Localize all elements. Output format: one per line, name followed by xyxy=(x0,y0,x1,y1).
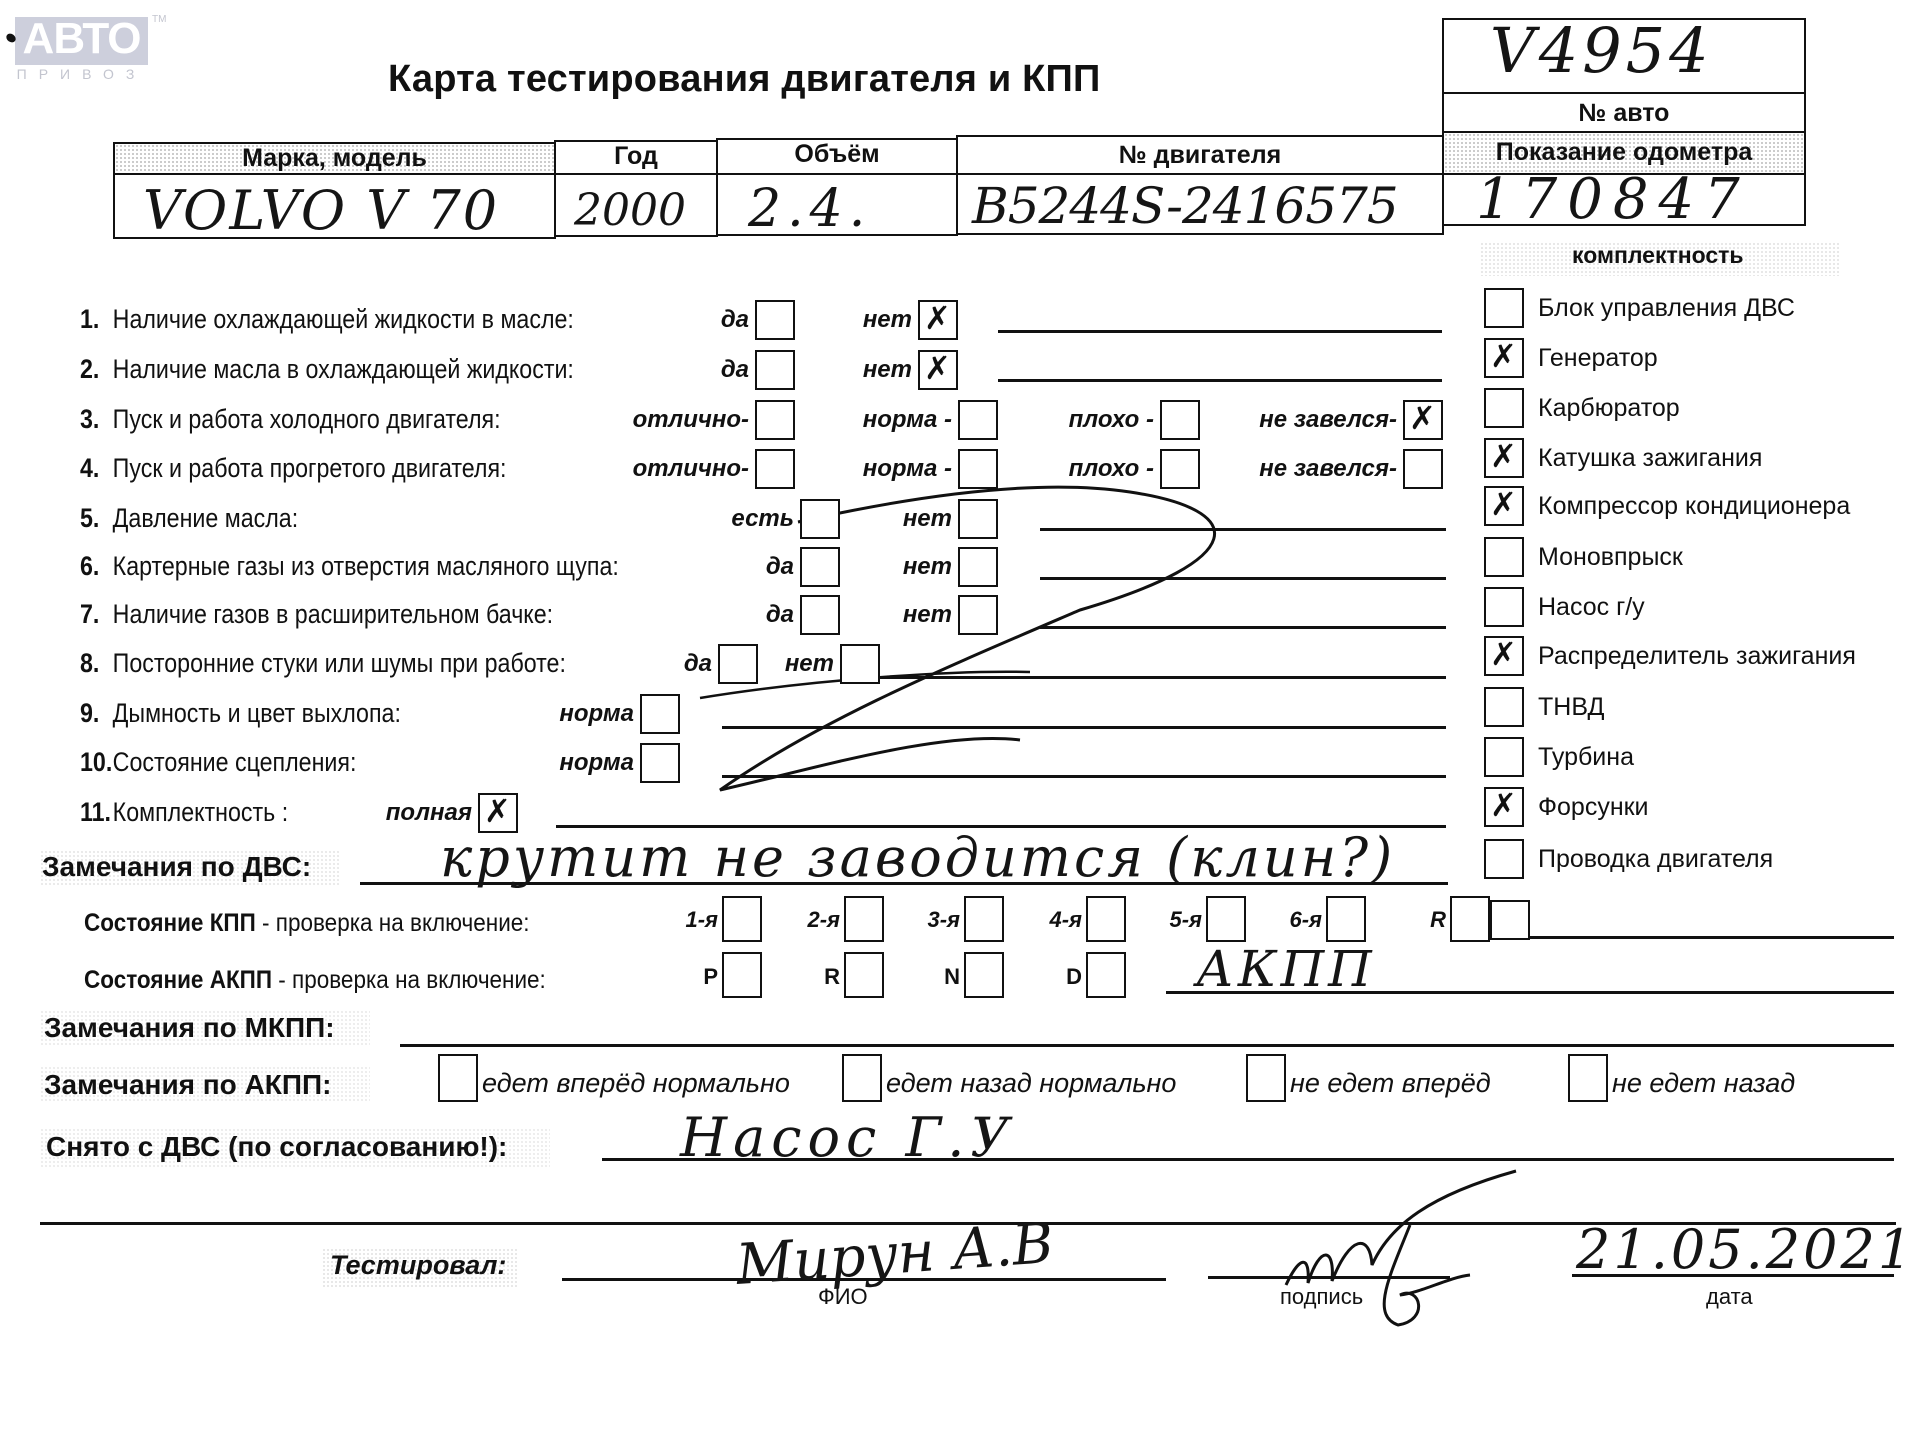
question-5-option-checkbox[interactable] xyxy=(800,499,840,539)
question-3-option-label: плохо - xyxy=(1055,406,1154,434)
auto-remark-checkbox[interactable] xyxy=(1568,1054,1608,1102)
gear-checkbox[interactable] xyxy=(1450,896,1490,942)
question-2-option-label: нет xyxy=(840,356,912,384)
engine-remarks-label: Замечания по ДВС: xyxy=(42,851,311,883)
engine-number-header: № двигателя xyxy=(956,135,1444,175)
gear-label: 4-я xyxy=(1040,907,1082,933)
odometer-cell[interactable]: 170847 xyxy=(1442,173,1806,226)
question-8-option-label: нет xyxy=(758,650,834,678)
extra-checkbox[interactable] xyxy=(1490,900,1530,940)
question-8-option-label: да xyxy=(660,650,712,678)
auto-gearbox-note[interactable]: АКПП xyxy=(1196,940,1376,998)
question-5-option-label: есть xyxy=(695,505,794,533)
question-text: Картерные газы из отверстия масляного щу… xyxy=(113,551,619,581)
gear-label: 1-я xyxy=(676,907,718,933)
question-6-option-checkbox[interactable] xyxy=(958,547,998,587)
question-number: 3. xyxy=(80,404,113,435)
engine-remarks-value[interactable]: крутит не заводится (клин?) xyxy=(440,826,1395,889)
gear-checkbox[interactable] xyxy=(1326,896,1366,942)
completeness-item-label: Проводка двигателя xyxy=(1538,845,1773,874)
auto-gearbox-label: Состояние АКПП - проверка на включение: xyxy=(84,966,546,995)
completeness-item-label: Катушка зажигания xyxy=(1538,444,1762,473)
question-8-option-checkbox[interactable] xyxy=(718,644,758,684)
handwritten-check-icon: ✗ xyxy=(1490,438,1517,474)
question-4-option-checkbox[interactable] xyxy=(958,449,998,489)
completeness-item-label: Форсунки xyxy=(1538,793,1649,822)
question-2-option-checkbox[interactable] xyxy=(755,350,795,390)
model-value: VOLVO V 70 xyxy=(143,179,499,242)
auto-remark-checkbox[interactable] xyxy=(1246,1054,1286,1102)
car-number-header: № авто xyxy=(1442,92,1806,133)
manual-gearbox-label-rest: - проверка на включение: xyxy=(256,909,530,937)
question-6-option-checkbox[interactable] xyxy=(800,547,840,587)
completeness-item-label: Насос г/у xyxy=(1538,593,1645,622)
position-checkbox[interactable] xyxy=(722,952,762,998)
logo-subtitle: ПРИВОЗ xyxy=(15,66,148,82)
gear-checkbox[interactable] xyxy=(844,896,884,942)
removed-label: Снято с ДВС (по согласованию!): xyxy=(46,1131,507,1163)
question-text: Состояние сцепления: xyxy=(113,747,357,777)
volume-value: 2.4. xyxy=(748,179,871,239)
name-caption: ФИО xyxy=(818,1284,868,1310)
question-7-option-label: нет xyxy=(875,601,952,629)
handwritten-check-icon: ✗ xyxy=(924,300,951,336)
question-4-option-checkbox[interactable] xyxy=(1403,449,1443,489)
auto-remark-checkbox[interactable] xyxy=(842,1054,882,1102)
handwritten-check-icon: ✗ xyxy=(1490,636,1517,672)
question-3-option-checkbox[interactable] xyxy=(958,400,998,440)
year-value: 2000 xyxy=(574,185,686,236)
completeness-checkbox[interactable] xyxy=(1484,537,1524,577)
question-number: 2. xyxy=(80,354,113,385)
question-6-option-label: да xyxy=(695,553,794,581)
question-6-option-label: нет xyxy=(875,553,952,581)
question-3-option-label: норма - xyxy=(840,406,952,434)
car-number-value: V4954 xyxy=(1490,14,1713,87)
completeness-item-label: Блок управления ДВС xyxy=(1538,294,1795,323)
gear-label: 2-я xyxy=(798,907,840,933)
gear-checkbox[interactable] xyxy=(1206,896,1246,942)
completeness-checkbox[interactable]: ✗ xyxy=(1484,486,1524,526)
question-number: 6. xyxy=(80,551,113,582)
question-number: 4. xyxy=(80,453,113,484)
question-text: Посторонние стуки или шумы при работе: xyxy=(113,648,566,678)
handwritten-check-icon: ✗ xyxy=(1490,338,1517,374)
handwritten-check-icon: ✗ xyxy=(1490,787,1517,823)
question-number: 1. xyxy=(80,304,113,335)
completeness-item-label: Карбюратор xyxy=(1538,394,1680,423)
manual-remarks-label: Замечания по МКПП: xyxy=(44,1012,335,1044)
completeness-item-label: Турбина xyxy=(1538,743,1634,772)
completeness-checkbox[interactable]: ✗ xyxy=(1484,636,1524,676)
completeness-item-label: Моновпрыск xyxy=(1538,543,1683,572)
question-text: Наличие газов в расширительном бачке: xyxy=(113,599,553,629)
model-header: Марка, модель xyxy=(113,142,556,175)
gear-checkbox[interactable] xyxy=(722,896,762,942)
question-7-option-checkbox[interactable] xyxy=(958,595,998,635)
question-1-option-checkbox[interactable]: ✗ xyxy=(918,300,958,340)
auto-gearbox-label-bold: Состояние АКПП xyxy=(84,966,272,994)
question-2-option-label: да xyxy=(640,356,749,384)
question-1-option-label: да xyxy=(640,306,749,334)
question-8-option-checkbox[interactable] xyxy=(840,644,880,684)
completeness-checkbox[interactable]: ✗ xyxy=(1484,338,1524,378)
question-number: 7. xyxy=(80,599,113,630)
completeness-item-label: Распределитель зажигания xyxy=(1538,642,1856,671)
question-7-label: 7.Наличие газов в расширительном бачке: xyxy=(80,599,553,630)
auto-remark-label: едет назад нормально xyxy=(886,1068,1176,1099)
question-7-option-checkbox[interactable] xyxy=(800,595,840,635)
q2-remark-line xyxy=(998,379,1442,382)
auto-remark-label: не едет назад xyxy=(1612,1068,1795,1099)
auto-remark-checkbox[interactable] xyxy=(438,1054,478,1102)
position-checkbox[interactable] xyxy=(964,952,1004,998)
completeness-checkbox[interactable] xyxy=(1484,737,1524,777)
volume-cell[interactable]: 2.4. xyxy=(716,173,958,236)
question-9-option-label: норма xyxy=(530,700,634,728)
gear-label: 6-я xyxy=(1280,907,1322,933)
completeness-checkbox[interactable] xyxy=(1484,587,1524,627)
car-number-cell[interactable]: V4954 xyxy=(1442,18,1806,94)
tested-by-label: Тестировал: xyxy=(330,1250,506,1281)
question-10-label: 10.Состояние сцепления: xyxy=(80,747,356,778)
question-number: 8. xyxy=(80,648,113,679)
question-text: Пуск и работа прогретого двигателя: xyxy=(113,453,507,483)
date-caption: дата xyxy=(1706,1284,1753,1310)
manual-gearbox-label: Состояние КПП - проверка на включение: xyxy=(84,909,530,938)
position-checkbox[interactable] xyxy=(1086,952,1126,998)
completeness-checkbox[interactable]: ✗ xyxy=(1484,438,1524,478)
gear-label: R xyxy=(1404,907,1446,933)
question-9-option-checkbox[interactable] xyxy=(640,694,680,734)
question-3-option-label: отлично- xyxy=(540,406,749,434)
question-5-option-checkbox[interactable] xyxy=(958,499,998,539)
question-7-option-label: да xyxy=(695,601,794,629)
question-number: 10. xyxy=(80,747,113,778)
engine-number-cell[interactable]: B5244S-2416575 xyxy=(956,173,1444,235)
position-label: D xyxy=(1054,964,1082,990)
question-11-label: 11.Комплектность : xyxy=(80,797,288,828)
question-4-option-checkbox[interactable] xyxy=(1160,449,1200,489)
question-1-label: 1.Наличие охлаждающей жидкости в масле: xyxy=(80,304,574,335)
question-number: 9. xyxy=(80,698,113,729)
completeness-checkbox[interactable] xyxy=(1484,839,1524,879)
question-text: Пуск и работа холодного двигателя: xyxy=(113,404,501,434)
question-5-label: 5.Давление масла: xyxy=(80,503,298,534)
model-cell[interactable]: VOLVO V 70 xyxy=(113,173,556,239)
handwritten-check-icon: ✗ xyxy=(1490,486,1517,522)
question-10-option-label: норма xyxy=(530,749,634,777)
question-11-option-checkbox[interactable]: ✗ xyxy=(478,793,518,833)
position-checkbox[interactable] xyxy=(844,952,884,998)
question-3-option-label: не завелся- xyxy=(1258,406,1397,434)
question-3-option-checkbox[interactable]: ✗ xyxy=(1403,400,1443,440)
year-header: Год xyxy=(554,140,718,175)
position-label: R xyxy=(812,964,840,990)
completeness-checkbox[interactable] xyxy=(1484,687,1524,727)
q1-remark-line xyxy=(998,330,1442,333)
completeness-item-label: Генератор xyxy=(1538,344,1658,373)
auto-remark-label: едет вперёд нормально xyxy=(482,1068,790,1099)
question-8-label: 8.Посторонние стуки или шумы при работе: xyxy=(80,648,566,679)
question-number: 5. xyxy=(80,503,113,534)
completeness-item-label: ТНВД xyxy=(1538,693,1604,722)
question-1-option-label: нет xyxy=(840,306,912,334)
question-text: Наличие охлаждающей жидкости в масле: xyxy=(113,304,574,334)
engine-number-value: B5244S-2416575 xyxy=(972,177,1398,235)
question-4-label: 4.Пуск и работа прогретого двигателя: xyxy=(80,453,506,484)
question-2-option-checkbox[interactable]: ✗ xyxy=(918,350,958,390)
completeness-checkbox[interactable] xyxy=(1484,388,1524,428)
position-label: P xyxy=(690,964,718,990)
volume-header: Объём xyxy=(716,138,958,175)
signature-caption: подпись xyxy=(1280,1284,1363,1310)
manual-remarks-line[interactable] xyxy=(400,1044,1894,1047)
question-text: Дымность и цвет выхлопа: xyxy=(113,698,401,728)
completeness-checkbox[interactable]: ✗ xyxy=(1484,787,1524,827)
question-4-option-label: норма - xyxy=(840,455,952,483)
question-text: Давление масла: xyxy=(113,503,298,533)
question-4-option-label: отлично- xyxy=(540,455,749,483)
question-1-option-checkbox[interactable] xyxy=(755,300,795,340)
removed-value[interactable]: Насос Г.У xyxy=(680,1106,1015,1169)
question-11-option-label: полная xyxy=(380,799,472,827)
question-9-label: 9.Дымность и цвет выхлопа: xyxy=(80,698,401,729)
question-2-label: 2.Наличие масла в охлаждающей жидкости: xyxy=(80,354,574,385)
gear-checkbox[interactable] xyxy=(964,896,1004,942)
auto-gearbox-label-rest: - проверка на включение: xyxy=(272,966,546,994)
question-4-option-label: плохо - xyxy=(1055,455,1154,483)
question-5-option-label: нет xyxy=(875,505,952,533)
handwritten-check-icon: ✗ xyxy=(484,793,511,829)
question-text: Комплектность : xyxy=(113,797,288,827)
question-3-label: 3.Пуск и работа холодного двигателя: xyxy=(80,404,501,435)
completeness-item-label: Компрессор кондиционера xyxy=(1538,492,1850,521)
auto-remarks-label: Замечания по АКПП: xyxy=(44,1069,331,1101)
manual-gearbox-line xyxy=(1528,936,1894,939)
handwritten-check-icon: ✗ xyxy=(924,350,951,386)
gear-label: 3-я xyxy=(918,907,960,933)
question-6-label: 6.Картерные газы из отверстия масляного … xyxy=(80,551,619,582)
completeness-title: комплектность xyxy=(1572,242,1744,269)
handwritten-check-icon: ✗ xyxy=(1409,400,1436,436)
year-cell[interactable]: 2000 xyxy=(554,173,718,237)
auto-remark-label: не едет вперёд xyxy=(1290,1068,1491,1099)
odometer-value: 170847 xyxy=(1476,167,1750,232)
completeness-checkbox[interactable] xyxy=(1484,288,1524,328)
logo-trademark: TM xyxy=(152,14,166,25)
gear-label: 5-я xyxy=(1160,907,1202,933)
question-3-option-checkbox[interactable] xyxy=(1160,400,1200,440)
question-text: Наличие масла в охлаждающей жидкости: xyxy=(113,354,574,384)
logo-brand: АВТО xyxy=(15,14,148,64)
test-date[interactable]: 21.05.2021 xyxy=(1576,1218,1915,1281)
question-10-option-checkbox[interactable] xyxy=(640,743,680,783)
manual-gearbox-label-bold: Состояние КПП xyxy=(84,909,256,937)
position-label: N xyxy=(932,964,960,990)
question-3-option-checkbox[interactable] xyxy=(755,400,795,440)
gear-checkbox[interactable] xyxy=(1086,896,1126,942)
question-number: 11. xyxy=(80,797,113,828)
question-4-option-checkbox[interactable] xyxy=(755,449,795,489)
question-4-option-label: не завелся- xyxy=(1258,455,1397,483)
page-title: Карта тестирования двигателя и КПП xyxy=(388,58,1101,101)
